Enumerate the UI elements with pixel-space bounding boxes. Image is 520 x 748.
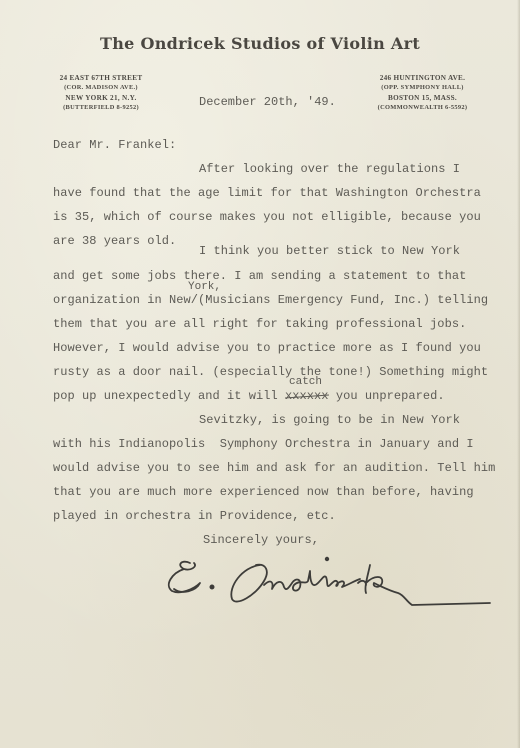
body-line: would advise you to see him and ask for … <box>53 461 495 475</box>
address-line: (OPP. SYMPHONY HALL) <box>365 83 480 93</box>
struck-out-word: xxxxxx <box>285 389 329 403</box>
address-phone: (COMMONWEALTH 6-5592) <box>365 103 480 113</box>
body-line: and get some jobs there. I am sending a … <box>53 269 466 283</box>
body-line: organization in New/(Musicians Emergency… <box>53 293 488 307</box>
address-line: 24 EAST 67TH STREET <box>46 73 156 83</box>
salutation: Dear Mr. Frankel: <box>53 138 176 152</box>
address-line: (COR. MADISON AVE.) <box>46 83 156 93</box>
body-line: that you are much more experienced now t… <box>53 485 474 499</box>
letter-page: The Ondricek Studios of Violin Art 24 EA… <box>0 0 520 748</box>
body-line: played in orchestra in Providence, etc. <box>53 509 336 523</box>
letterhead-title: The Ondricek Studios of Violin Art <box>0 34 520 53</box>
body-line: rusty as a door nail. (especially the to… <box>53 365 488 379</box>
interlinear-insert: catch <box>289 376 322 388</box>
handwritten-signature <box>160 545 510 615</box>
body-line: with his Indianopolis Symphony Orchestra… <box>53 437 474 451</box>
address-line: 246 HUNTINGTON AVE. <box>365 73 480 83</box>
body-line: them that you are all right for taking p… <box>53 317 466 331</box>
address-phone: (BUTTERFIELD 8-9252) <box>46 103 156 113</box>
text-segment: pop up unexpectedly and it will <box>53 389 285 403</box>
body-line: is 35, which of course makes you not ell… <box>53 210 481 224</box>
address-line: BOSTON 15, MASS. <box>365 93 480 103</box>
letterhead-address-boston: 246 HUNTINGTON AVE. (OPP. SYMPHONY HALL)… <box>365 73 480 113</box>
body-line: I think you better stick to New York <box>199 244 460 258</box>
letter-date: December 20th, '49. <box>199 95 336 109</box>
address-line: NEW YORK 21, N.Y. <box>46 93 156 103</box>
body-line: However, I would advise you to practice … <box>53 341 481 355</box>
body-line: are 38 years old. <box>53 234 176 248</box>
text-segment: you unprepared. <box>329 389 445 403</box>
body-line: pop up unexpectedly and it will xxxxxx y… <box>53 389 445 403</box>
body-line: Sevitzky, is going to be in New York <box>199 413 460 427</box>
body-line: have found that the age limit for that W… <box>53 186 481 200</box>
body-line: After looking over the regulations I <box>199 162 460 176</box>
interlinear-insert: York, <box>188 281 221 293</box>
letterhead-address-new-york: 24 EAST 67TH STREET (COR. MADISON AVE.) … <box>46 73 156 113</box>
